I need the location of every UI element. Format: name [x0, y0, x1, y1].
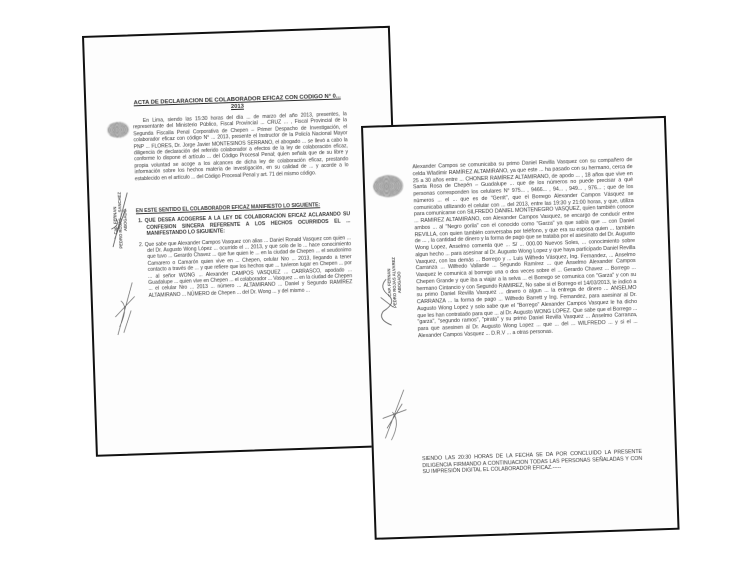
item-number: 2. — [139, 242, 143, 248]
signature-icon — [110, 276, 140, 337]
fingerprint-icon — [373, 175, 404, 198]
statement-item: 2. Que sabe que Alexander Campos Vasquez… — [137, 235, 353, 300]
intro-text: En Lima, siendo las 15:30 horas del día … — [133, 111, 349, 182]
item-number: 1. — [138, 219, 142, 225]
body-paragraph: Alexander Campos se comunicaba su primo … — [412, 157, 638, 340]
statement-item: 1. QUE DESEA ACOGERSE A LA LEY DE COLABO… — [136, 212, 351, 238]
fingerprint-icon — [107, 121, 130, 138]
item-text: Que sabe que Alexander Campos Vasquez co… — [145, 235, 353, 299]
page-title: ACTA DE DECLARACION DE COLABORADOR EFICA… — [132, 93, 342, 114]
document-page-left: ACTA DE DECLARACION DE COLABORADOR EFICA… — [82, 26, 404, 457]
closing-paragraph: SIENDO LAS 20:30 HORAS DE LA FECHA SE DA… — [422, 449, 643, 476]
document-page-right: Alexander Campos se comunicaba su primo … — [361, 116, 680, 540]
item-text: QUE DESEA ACOGERSE A LA LEY DE COLABORAC… — [145, 212, 351, 238]
intro-paragraph: En Lima, siendo las 15:30 horas del día … — [133, 111, 349, 182]
statements-section: EN ESTE SENTIDO EL COLABORADOR EFICAZ MA… — [136, 197, 353, 303]
signature-icon — [376, 277, 398, 328]
closing-text: SIENDO LAS 20:30 HORAS DE LA FECHA SE DA… — [422, 449, 642, 475]
signature-icon — [107, 188, 133, 249]
body-text: Alexander Campos se comunicaba su primo … — [412, 157, 637, 339]
margin-notes — [402, 385, 410, 445]
